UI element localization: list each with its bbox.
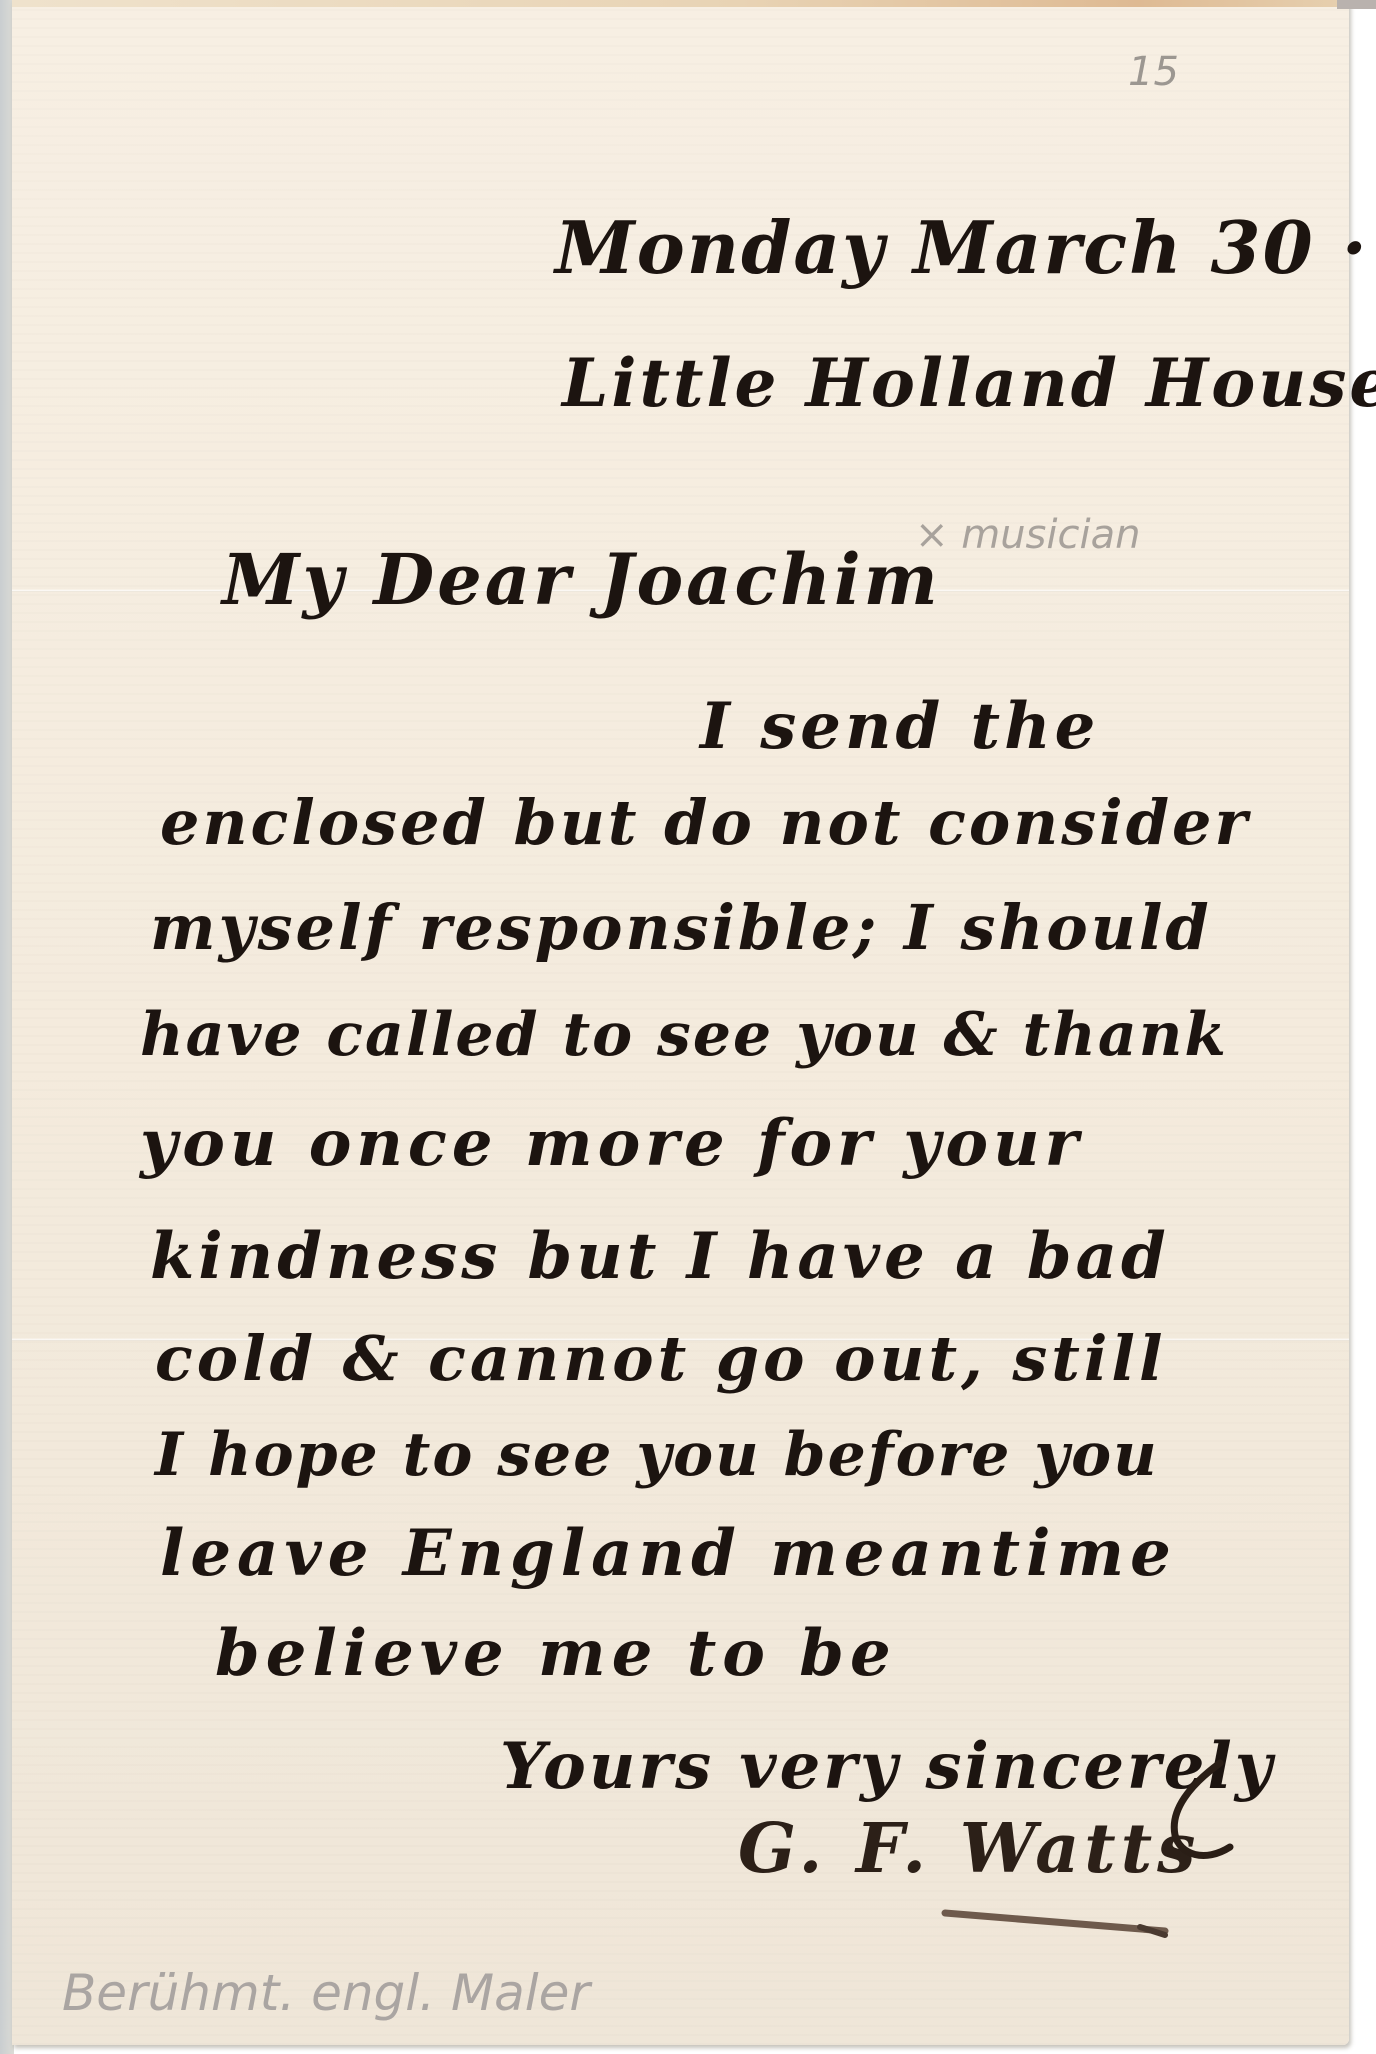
body-line: have called to see you & thank [140,1005,1228,1065]
signature: G. F. Watts [738,1815,1200,1883]
salutation: My Dear Joachim [222,545,941,615]
margin-note-musician: × musician [915,515,1140,555]
address-line: Little Holland House [562,350,1376,416]
scan-top-right-edge [1337,0,1376,9]
body-line: kindness but I have a bad [150,1225,1170,1289]
folio-number: 15 [1128,52,1179,92]
body-line: enclosed but do not consider [160,792,1250,854]
body-line: myself responsible; I should [150,897,1212,959]
date-line: Monday March 30 · 1874 [555,212,1376,284]
body-line: believe me to be [215,1622,897,1686]
body-line: I hope to see you before you [155,1425,1159,1485]
scan-top-edge [12,0,1337,7]
footer-note: Berühmt. engl. Maler [62,1968,590,2018]
body-line: cold & cannot go out, still [155,1328,1167,1390]
signature-flourish-icon [1150,1755,1240,1870]
body-line: you once more for your [140,1112,1083,1176]
signature-underline-icon [940,1905,1175,1940]
body-line: leave England meantime [160,1522,1177,1586]
body-line: I send the [700,695,1099,759]
